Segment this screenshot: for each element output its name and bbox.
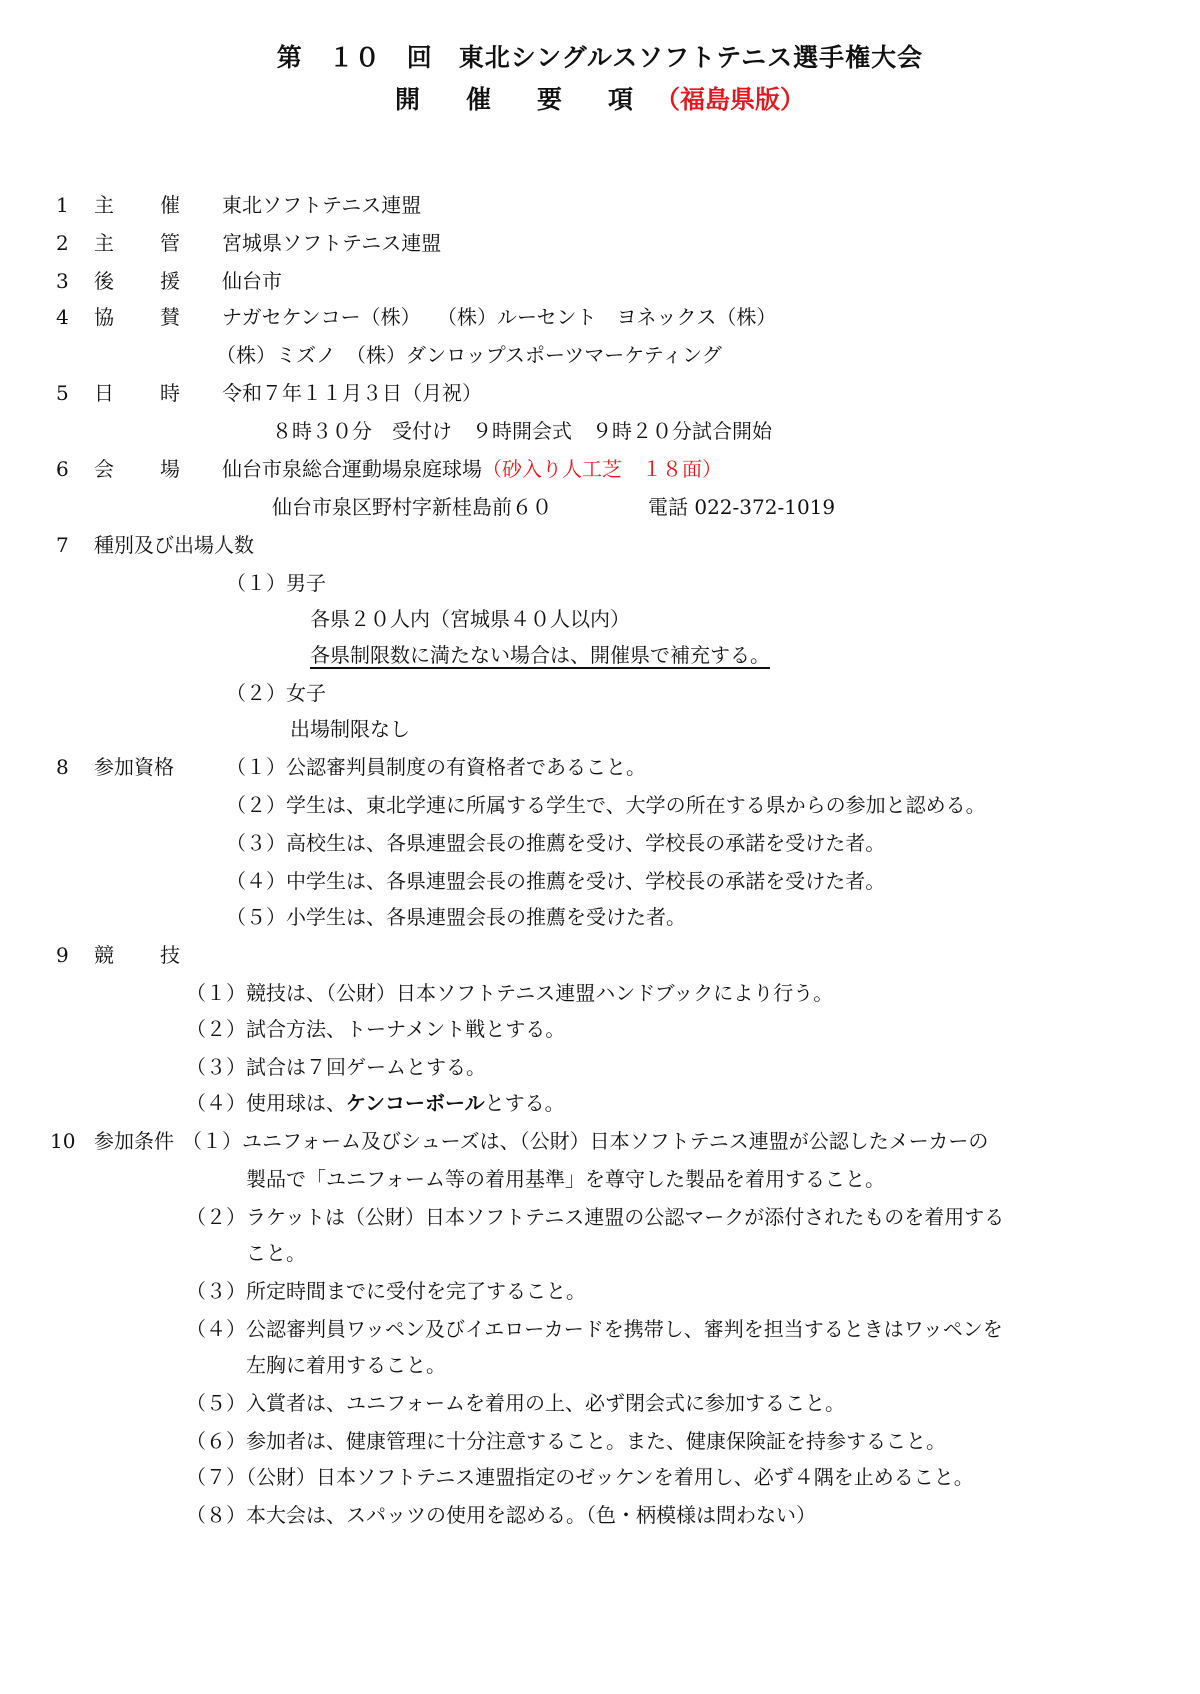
venue-phone: 電話 022-372-1019: [648, 494, 835, 520]
title-char: 催: [466, 85, 491, 114]
qualification-item: （４）中学生は、各県連盟会長の推薦を受け、学校長の承諾を受けた者。: [226, 868, 885, 894]
rule-item: （３）試合は７回ゲームとする。: [186, 1054, 486, 1080]
men-limit: 各県２０人内（宮城県４０人以内）: [310, 606, 630, 632]
sponsors-line-1: ナガセケンコー（株） （株）ルーセント ヨネックス（株）: [222, 304, 776, 330]
event-schedule: ８時３０分 受付け ９時開会式 ９時２０分試合開始: [272, 418, 772, 444]
condition-item: （３）所定時間までに受付を完了すること。: [186, 1278, 586, 1304]
men-fill-note: 各県制限数に満たない場合は、開催県で補充する。: [310, 642, 770, 668]
qualification-item: （５）小学生は、各県連盟会長の推薦を受けた者。: [226, 904, 686, 930]
rule-item: （２）試合方法、トーナメント戦とする。: [186, 1016, 565, 1042]
venue-courts-note: （砂入り人工芝 １８面）: [482, 457, 722, 481]
condition-item: （５）入賞者は、ユニフォームを着用の上、必ず閉会式に参加すること。: [186, 1390, 845, 1416]
rule-text: とする。: [485, 1091, 565, 1115]
section-label: 競: [94, 942, 114, 968]
condition-item-cont: 左胸に着用すること。: [246, 1352, 446, 1378]
condition-item-cont: 製品で「ユニフォーム等の着用基準」を尊守した製品を着用すること。: [246, 1166, 885, 1192]
women-limit: 出場制限なし: [290, 716, 410, 742]
section-label: 日: [94, 380, 114, 406]
title-line-1: 第 １０ 回 東北シングルスソフトテニス選手権大会: [0, 38, 1200, 74]
venue-address: 仙台市泉区野村字新桂島前６０: [272, 495, 552, 519]
section-value: 東北ソフトテニス連盟: [222, 192, 421, 218]
condition-item: （４）公認審判員ワッペン及びイエローカードを携帯し、審判を担当するときはワッペン…: [186, 1316, 1003, 1342]
section-label: 後: [94, 268, 114, 294]
section-number: 5: [56, 380, 86, 406]
section-label: 場: [160, 456, 180, 482]
section-label: 管: [160, 230, 180, 256]
section-label: 主: [94, 192, 114, 218]
venue-name: 仙台市泉総合運動場泉庭球場: [222, 457, 482, 481]
section-label: 技: [160, 942, 180, 968]
section-label: 賛: [160, 304, 180, 330]
title-line-2: 開催要項（福島県版）: [0, 80, 1200, 116]
rule-item: （４）使用球は、ケンコーボールとする。: [186, 1090, 565, 1116]
section-number: 8: [56, 754, 86, 780]
section-number: 9: [56, 942, 86, 968]
title-char: 開: [395, 85, 420, 114]
condition-item: （７）（公財）日本ソフトテニス連盟指定のゼッケンを着用し、必ず４隅を止めること。: [186, 1464, 974, 1490]
qualification-item: （３）高校生は、各県連盟会長の推薦を受け、学校長の承諾を受けた者。: [226, 830, 885, 856]
section-label: 援: [160, 268, 180, 294]
condition-item: （６）参加者は、健康管理に十分注意すること。また、健康保険証を持参すること。: [186, 1428, 946, 1454]
section-number: 1: [56, 192, 86, 218]
condition-item: （８）本大会は、スパッツの使用を認める。（色・柄模様は問わない）: [186, 1502, 816, 1528]
section-label: 会: [94, 456, 114, 482]
ball-brand: ケンコーボール: [346, 1091, 485, 1115]
section-label: 催: [160, 192, 180, 218]
venue-line: 仙台市泉総合運動場泉庭球場（砂入り人工芝 １８面）: [222, 456, 722, 482]
men-label: （１）男子: [226, 570, 326, 596]
title-edition: （福島県版）: [655, 85, 805, 114]
condition-item: （２）ラケットは（公財）日本ソフトテニス連盟の公認マークが添付されたものを着用す…: [186, 1204, 1004, 1230]
qualification-item: （２）学生は、東北学連に所属する学生で、大学の所在する県からの参加と認める。: [226, 792, 986, 818]
section-label: 参加資格: [94, 754, 174, 780]
section-value: 宮城県ソフトテニス連盟: [222, 230, 441, 256]
venue-address-line: 仙台市泉区野村字新桂島前６０ 電話 022-372-1019: [272, 494, 552, 520]
event-date: 令和７年１１月３日（月祝）: [222, 380, 482, 406]
title-char: 項: [608, 85, 633, 114]
qualification-item: （１）公認審判員制度の有資格者であること。: [226, 754, 646, 780]
sponsors-line-2: （株）ミズノ （株）ダンロップスポーツマーケティング: [216, 342, 722, 368]
section-label: 時: [160, 380, 180, 406]
section-label: 協: [94, 304, 114, 330]
section-number: 7: [56, 532, 86, 558]
section-label: 種別及び出場人数: [94, 532, 254, 558]
section-label: 主: [94, 230, 114, 256]
title-char: 要: [537, 85, 562, 114]
section-number: 10: [50, 1128, 80, 1154]
section-value: 仙台市: [222, 268, 282, 294]
section-number: 3: [56, 268, 86, 294]
women-label: （２）女子: [226, 680, 326, 706]
condition-item: （１）ユニフォーム及びシューズは、（公財）日本ソフトテニス連盟が公認したメーカー…: [182, 1128, 988, 1154]
section-number: 6: [56, 456, 86, 482]
rule-item: （１）競技は、（公財）日本ソフトテニス連盟ハンドブックにより行う。: [186, 980, 833, 1006]
section-label: 参加条件: [94, 1128, 174, 1154]
section-number: 4: [56, 304, 86, 330]
rule-text: （４）使用球は、: [186, 1091, 346, 1115]
section-number: 2: [56, 230, 86, 256]
condition-item-cont: こと。: [246, 1240, 306, 1266]
